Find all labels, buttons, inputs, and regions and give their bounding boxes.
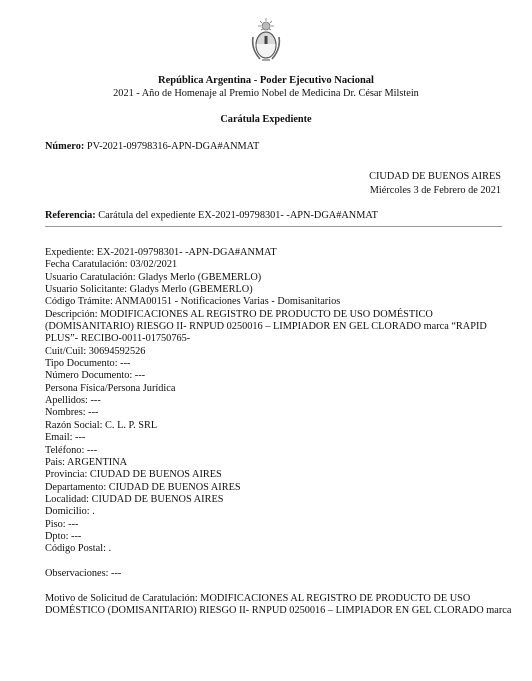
- field-line: Código Trámite: ANMA00151 - Notificacion…: [45, 296, 511, 308]
- date: Miércoles 3 de Febrero de 2021: [369, 184, 501, 198]
- document-type-title: Carátula Expediente: [0, 114, 532, 125]
- header-title: República Argentina - Poder Ejecutivo Na…: [0, 75, 532, 86]
- header-subtitle: 2021 - Año de Homenaje al Premio Nobel d…: [0, 88, 532, 99]
- observaciones-line: Observaciones: ---: [45, 568, 511, 580]
- field-line: Fecha Caratulación: 03/02/2021: [45, 259, 511, 271]
- divider: [45, 226, 502, 227]
- field-line: Razón Social: C. L. P. SRL: [45, 420, 511, 432]
- field-line: Usuario Caratulación: Gladys Merlo (GBEM…: [45, 272, 511, 284]
- referencia-line: Referencia: Carátula del expediente EX-2…: [45, 210, 378, 221]
- field-line: PLUS”- RECIBO-0011-01750765-: [45, 333, 511, 345]
- motivo-line: DOMÉSTICO (DOMISANITARIO) RIESGO II- RNP…: [45, 605, 511, 617]
- field-line: Código Postal: .: [45, 543, 511, 555]
- field-line: Expediente: EX-2021-09798301- -APN-DGA#A…: [45, 247, 511, 259]
- numero-value: PV-2021-09798316-APN-DGA#ANMAT: [87, 141, 259, 152]
- field-line: Pais: ARGENTINA: [45, 457, 511, 469]
- field-line: Tipo Documento: ---: [45, 358, 511, 370]
- field-line: Email: ---: [45, 432, 511, 444]
- motivo-line: Motivo de Solicitud de Caratulación: MOD…: [45, 593, 511, 605]
- field-line: Teléfono: ---: [45, 445, 511, 457]
- field-line: Número Documento: ---: [45, 370, 511, 382]
- field-line: (DOMISANITARIO) RIESGO II- RNPUD 0250016…: [45, 321, 511, 333]
- numero-label: Número:: [45, 141, 84, 152]
- field-line: Nombres: ---: [45, 407, 511, 419]
- field-line: Localidad: CIUDAD DE BUENOS AIRES: [45, 494, 511, 506]
- field-line: Cuit/Cuil: 30694592526: [45, 346, 511, 358]
- field-line: Domicilio: .: [45, 506, 511, 518]
- field-line: Provincia: CIUDAD DE BUENOS AIRES: [45, 469, 511, 481]
- field-line: Piso: ---: [45, 519, 511, 531]
- field-line: Departamento: CIUDAD DE BUENOS AIRES: [45, 482, 511, 494]
- referencia-value: Carátula del expediente EX-2021-09798301…: [98, 210, 378, 221]
- field-line: Dpto: ---: [45, 531, 511, 543]
- field-line: Apellidos: ---: [45, 395, 511, 407]
- spacer: [45, 580, 511, 592]
- place-date-block: CIUDAD DE BUENOS AIRES Miércoles 3 de Fe…: [369, 170, 501, 198]
- field-line: Usuario Solicitante: Gladys Merlo (GBEME…: [45, 284, 511, 296]
- spacer: [45, 556, 511, 568]
- field-line: Descripción: MODIFICACIONES AL REGISTRO …: [45, 309, 511, 321]
- expediente-fields: Expediente: EX-2021-09798301- -APN-DGA#A…: [45, 247, 511, 617]
- numero-line: Número: PV-2021-09798316-APN-DGA#ANMAT: [45, 141, 259, 152]
- field-line: Persona Física/Persona Jurídica: [45, 383, 511, 395]
- referencia-label: Referencia:: [45, 210, 96, 221]
- argentina-coat-of-arms-icon: [251, 17, 281, 63]
- city: CIUDAD DE BUENOS AIRES: [369, 170, 501, 184]
